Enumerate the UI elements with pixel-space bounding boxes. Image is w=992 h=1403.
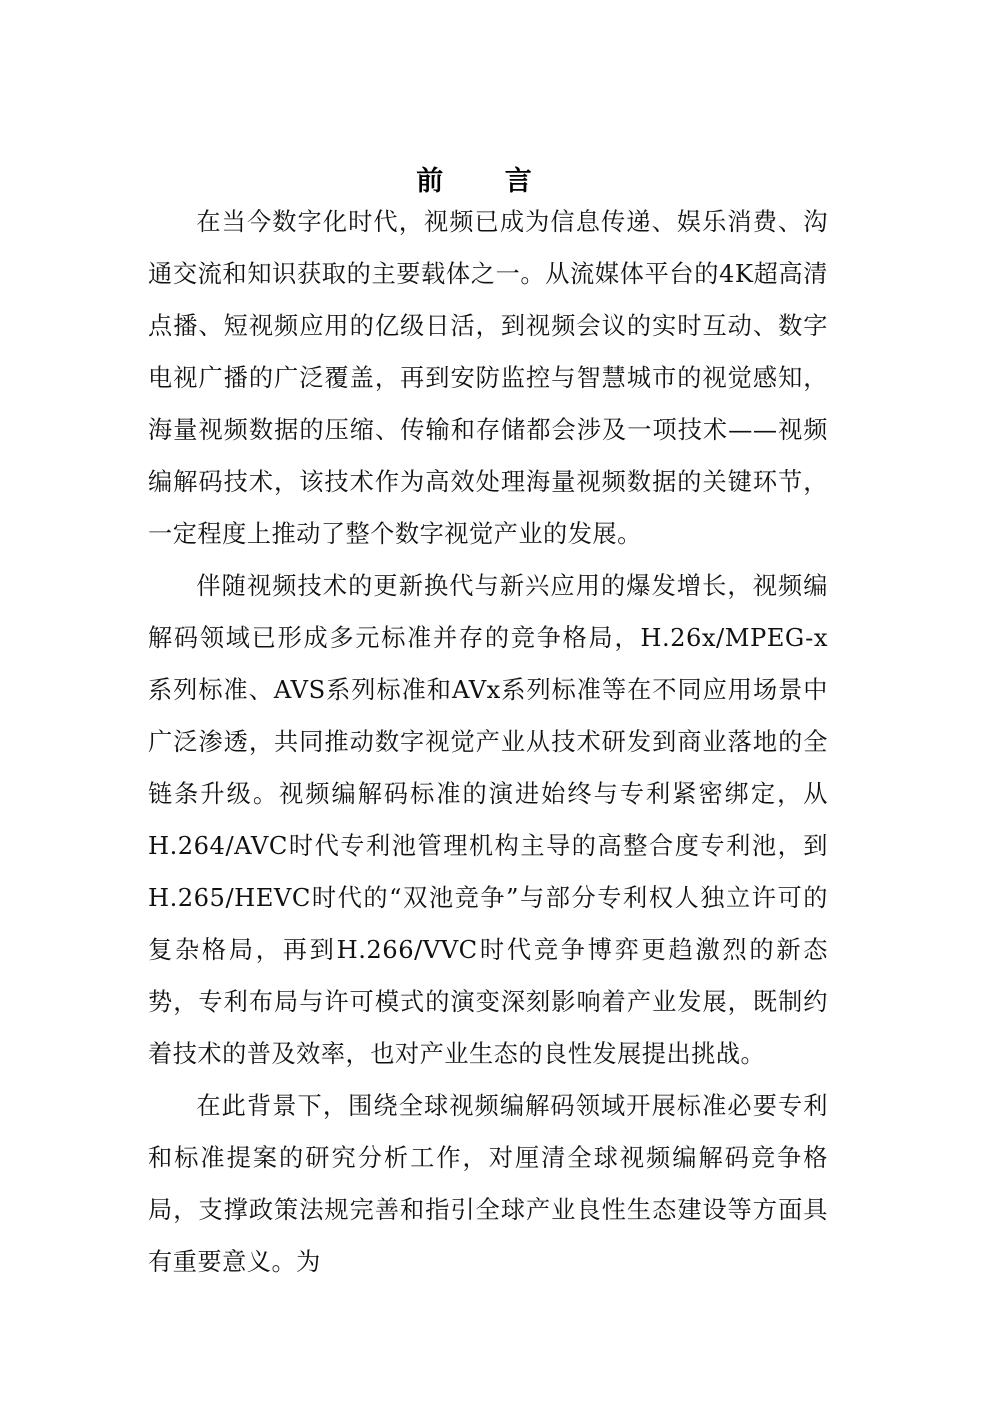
document-page: 前 言 在当今数字化时代，视频已成为信息传递、娱乐消费、沟通交流和知识获取的主要… [0,0,992,1403]
document-body: 在当今数字化时代，视频已成为信息传递、娱乐消费、沟通交流和知识获取的主要载体之一… [148,196,828,1288]
paragraph-2: 伴随视频技术的更新换代与新兴应用的爆发增长，视频编解码领域已形成多元标准并存的竞… [148,560,828,1080]
paragraph-3: 在此背景下，围绕全球视频编解码领域开展标准必要专利和标准提案的研究分析工作，对厘… [148,1080,828,1288]
paragraph-1: 在当今数字化时代，视频已成为信息传递、娱乐消费、沟通交流和知识获取的主要载体之一… [148,196,828,560]
